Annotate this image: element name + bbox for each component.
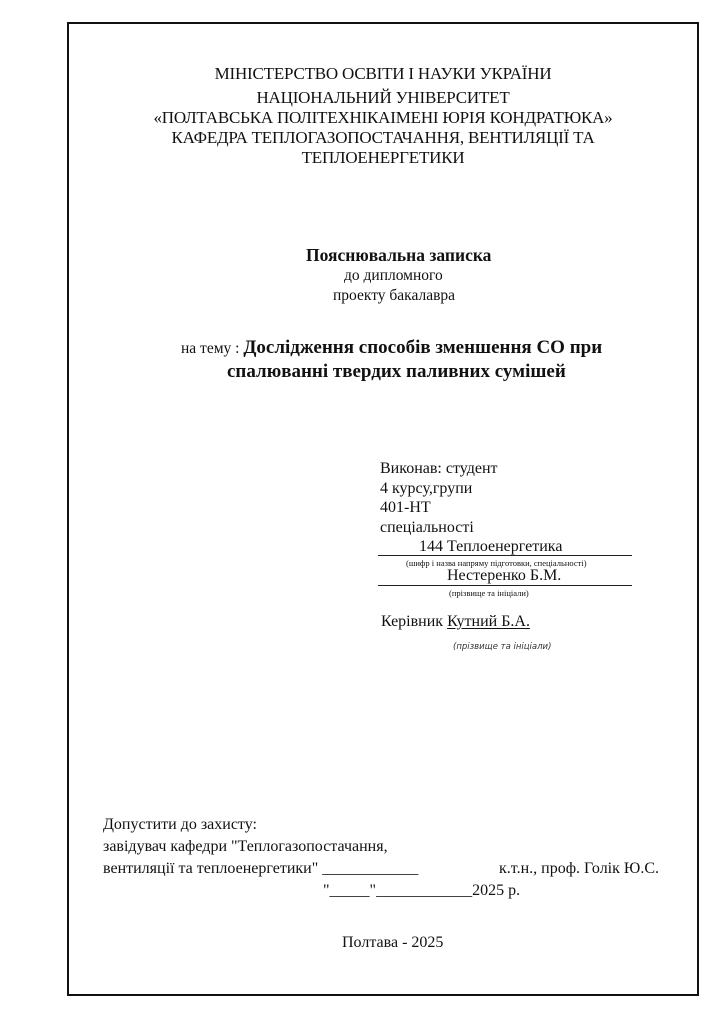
course-group: 4 курсу,групи xyxy=(380,480,472,498)
supervisor-caption: (прізвище та ініціали) xyxy=(453,642,551,652)
department-head-line-1: завідувач кафедри "Теплогазопостачання, xyxy=(103,838,388,856)
department-head-name: к.т.н., проф. Голік Ю.С. xyxy=(499,860,659,878)
document-subtitle-1: до дипломного xyxy=(344,267,443,285)
student-name: Нестеренко Б.М. xyxy=(447,567,561,585)
document-subtitle-2: проекту бакалавра xyxy=(333,287,455,305)
university-title: НАЦІОНАЛЬНИЙ УНІВЕРСИТЕТ xyxy=(67,88,699,108)
specialty-underline xyxy=(378,555,632,556)
university-name: «ПОЛТАВСЬКА ПОЛІТЕХНІКАІМЕНІ ЮРІЯ КОНДРА… xyxy=(67,108,699,128)
performed-by: Виконав: студент xyxy=(380,460,498,478)
admission-date: "_____"____________2025 р. xyxy=(323,882,520,900)
document-title: Пояснювальна записка xyxy=(306,245,491,266)
city-year: Полтава - 2025 xyxy=(342,934,443,952)
department-line2: ТЕПЛОЕНЕРГЕТИКИ xyxy=(67,148,699,168)
department-head-line-2: вентиляції та теплоенергетики" _________… xyxy=(103,860,418,878)
student-name-caption: (прізвище та ініціали) xyxy=(449,588,529,598)
theme-title-part-2: спалюванні твердих паливних сумішей xyxy=(227,361,566,383)
supervisor-name: Кутний Б.А. xyxy=(447,613,530,630)
specialty-value: 144 Теплоенергетика xyxy=(419,538,562,556)
group-code: 401-НТ xyxy=(380,499,431,517)
supervisor-label: Керівник xyxy=(381,613,447,630)
specialty-label: спеціальності xyxy=(380,519,474,537)
theme-prefix: на тему : xyxy=(181,340,243,357)
theme-line-1: на тему : Дослідження способів зменшення… xyxy=(181,337,602,359)
admission-label: Допустити до захисту: xyxy=(103,816,257,834)
department-line1: КАФЕДРА ТЕПЛОГАЗОПОСТАЧАННЯ, ВЕНТИЛЯЦІЇ … xyxy=(67,128,699,148)
theme-title-part-1: Дослідження способів зменшення СО при xyxy=(243,337,602,358)
ministry-title: МІНІСТЕРСТВО ОСВІТИ І НАУКИ УКРАЇНИ xyxy=(67,64,699,84)
student-name-underline xyxy=(378,585,632,586)
supervisor-line: Керівник Кутний Б.А. xyxy=(381,613,530,631)
